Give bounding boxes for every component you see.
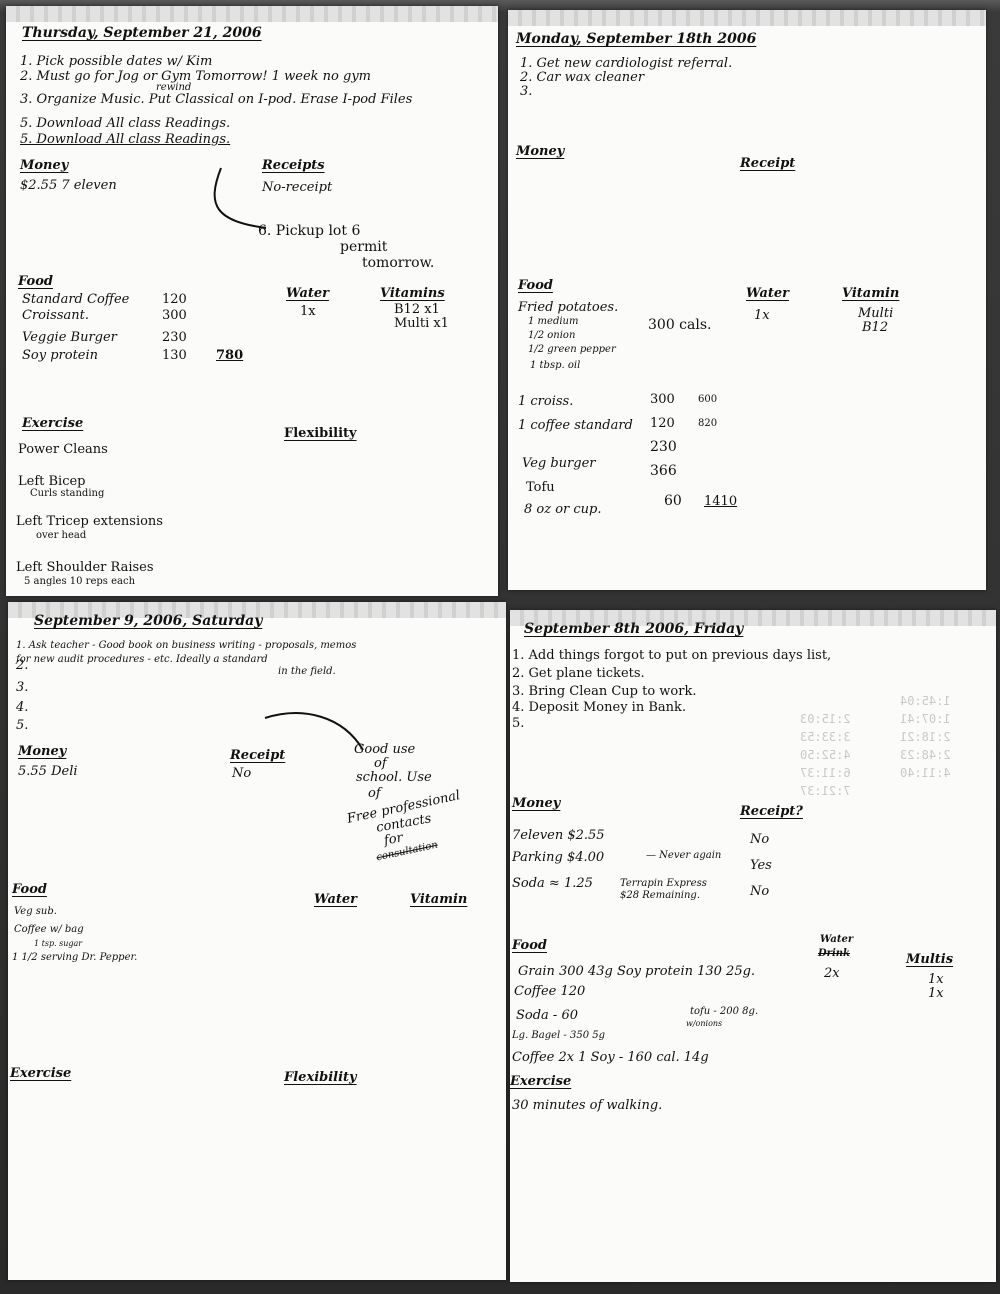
page-title: September 9, 2006, Saturday [34, 614, 262, 629]
food-total: 1410 [704, 494, 737, 509]
food-item: Fried potatoes. [518, 300, 618, 315]
flexibility-header: Flexibility [284, 426, 357, 441]
exercise-header: Exercise [10, 1066, 71, 1081]
food-header: Food [518, 278, 553, 293]
exercise-detail: over head [36, 530, 86, 542]
money-entry: 7eleven $2.55 [512, 828, 605, 843]
vitamin-entry: B12 [862, 320, 888, 335]
exercise-item: Left Shoulder Raises [16, 560, 154, 575]
todo-item: 5. Download All class Readings. [20, 116, 230, 131]
water-value: 2x [824, 966, 840, 981]
water-header: Water [820, 934, 853, 946]
todo-item: 3. Organize Music. Put Classical on I-po… [20, 92, 412, 107]
todo-item: 5. [512, 716, 524, 731]
food-detail: 1 tsp. sugar [34, 938, 82, 950]
page-title: September 8th 2006, Friday [524, 622, 743, 637]
todo-item: 2. Get plane tickets. [512, 666, 645, 681]
exercise-item: Left Tricep extensions [16, 514, 163, 529]
bleed-line: 4:11:40 [900, 764, 951, 782]
food-cal: 300 [162, 308, 187, 323]
journal-page-saturday: September 9, 2006, Saturday 1. Ask teach… [8, 602, 506, 1280]
money-header: Money [516, 144, 564, 159]
water-value: 1x [754, 308, 770, 323]
multi-entry: 1x [928, 972, 944, 987]
journal-page-monday: Monday, September 18th 2006 1. Get new c… [508, 10, 986, 590]
bleed-line: 2:15:03 [800, 710, 851, 728]
todo-item: 1. Ask teacher - Good book on business w… [16, 640, 356, 652]
page-title: Thursday, September 21, 2006 [22, 26, 262, 41]
money-note: — Never again [646, 850, 721, 862]
exercise-header: Exercise [510, 1074, 571, 1089]
food-cal: 230 [650, 440, 677, 455]
bleed-through-text: 1:45:04 1:07:41 2:18:21 2:48:23 4:11:40 [900, 692, 951, 782]
food-cal: 60 [664, 494, 682, 509]
food-item: Veg sub. [14, 906, 57, 918]
money-entry: $2.55 7 eleven [20, 178, 117, 193]
food-header: Food [12, 882, 47, 897]
food-total: 780 [216, 348, 243, 363]
food-item: Lg. Bagel - 350 5g [512, 1030, 605, 1042]
todo-item: 2. [16, 658, 28, 673]
note-line: school. Use [356, 770, 432, 785]
multi-header: Multis [906, 952, 953, 967]
journal-page-friday: 2:15:03 3:33:53 4:52:50 6:11:37 7:21:37 … [510, 610, 996, 1282]
food-item: Veggie Burger [22, 330, 117, 345]
exercise-header: Exercise [22, 416, 83, 431]
todo-item: 3. [16, 680, 28, 695]
receipt-entry: Yes [750, 858, 772, 873]
todo-item: 4. [16, 700, 28, 715]
journal-page-thursday: Thursday, September 21, 2006 1. Pick pos… [6, 6, 498, 596]
food-item: 1 1/2 serving Dr. Pepper. [12, 952, 137, 964]
todo-item: 2. Car wax cleaner [520, 70, 644, 85]
todo-item: 2. Must go for Jog or Gym Tomorrow! 1 we… [20, 69, 371, 84]
todo-item: 3. [520, 84, 532, 99]
money-header: Money [512, 796, 560, 811]
todo-item: 1. Add things forgot to put on previous … [512, 648, 831, 663]
exercise-item: Power Cleans [18, 442, 108, 457]
water-value: 1x [300, 304, 316, 319]
food-item: 1 croiss. [518, 394, 573, 409]
bleed-line: 1:45:04 [900, 692, 951, 710]
receipt-entry: No [750, 884, 769, 899]
money-header: Money [18, 744, 66, 759]
exercise-detail: Curls standing [30, 488, 104, 500]
money-entry: Soda ≈ 1.25 [512, 876, 593, 891]
multi-entry: 1x [928, 986, 944, 1001]
food-item: Coffee 2x 1 Soy - 160 cal. 14g [512, 1050, 709, 1065]
bleed-line: 1:07:41 [900, 710, 951, 728]
bleed-line: 2:48:23 [900, 746, 951, 764]
bleed-line: 3:33:53 [800, 728, 851, 746]
note-line: of [374, 756, 387, 771]
note-line: of [368, 786, 381, 801]
note-line: Good use [354, 742, 415, 757]
money-note: Terrapin Express $28 Remaining. [620, 878, 720, 902]
food-item: Tofu [526, 480, 555, 495]
bleed-line: 6:11:37 [800, 764, 851, 782]
receipt-header: Receipt? [740, 804, 803, 819]
receipt-header: Receipt [740, 156, 795, 171]
vitamin-header: Vitamin [842, 286, 899, 301]
todo-item: in the field. [278, 666, 336, 678]
exercise-item: 30 minutes of walking. [512, 1098, 662, 1113]
running-total: 820 [698, 418, 717, 430]
money-header: Money [20, 158, 68, 173]
food-item: Veg burger [522, 456, 595, 471]
todo-item: 5. [16, 718, 28, 733]
todo-item: 4. Deposit Money in Bank. [512, 700, 686, 715]
food-cal: 366 [650, 464, 677, 479]
water-header: Water [286, 286, 329, 301]
money-entry: 5.55 Deli [18, 764, 78, 779]
bleed-through-text: 2:15:03 3:33:53 4:52:50 6:11:37 7:21:37 [800, 710, 851, 800]
flexibility-header: Flexibility [284, 1070, 357, 1085]
page-title: Monday, September 18th 2006 [516, 32, 756, 47]
food-cal: 230 [162, 330, 187, 345]
water-struck: Drink [818, 948, 850, 960]
todo-item-6: 6. Pickup lot 6 [258, 224, 360, 239]
food-item: Soda - 60 [516, 1008, 578, 1023]
food-note: w/onions [686, 1018, 722, 1030]
bleed-line: 4:52:50 [800, 746, 851, 764]
exercise-detail: 5 angles 10 reps each [24, 576, 135, 588]
food-detail: 1 tbsp. oil [530, 360, 580, 372]
bleed-line: 2:18:21 [900, 728, 951, 746]
vitamin-entry: Multi x1 [394, 316, 449, 331]
todo-item-6-line3: tomorrow. [362, 256, 434, 271]
exercise-item: Left Bicep [18, 474, 86, 489]
water-header: Water [314, 892, 357, 907]
food-item: 1 coffee standard [518, 418, 633, 433]
water-header: Water [746, 286, 789, 301]
food-cal: 300 [650, 392, 675, 407]
receipt-header: Receipt [230, 748, 285, 763]
receipt-entry: No [232, 766, 251, 781]
food-item: 8 oz or cup. [524, 502, 602, 517]
todo-item-6-line2: permit [340, 240, 387, 255]
food-item: Croissant. [22, 308, 89, 323]
note-line: for [383, 830, 404, 848]
running-total: 600 [698, 394, 717, 406]
vitamin-header: Vitamin [410, 892, 467, 907]
food-cal: 300 cals. [648, 318, 711, 333]
food-item: Grain 300 43g Soy protein 130 25g. [518, 964, 755, 979]
vitamin-entry: Multi [858, 306, 893, 321]
todo-item: 3. Bring Clean Cup to work. [512, 684, 696, 699]
food-detail: 1/2 onion [528, 330, 575, 342]
todo-item: 5. Download All class Readings. [20, 132, 230, 147]
bleed-line: 7:21:37 [800, 782, 851, 800]
vitamin-header: Vitamins [380, 286, 445, 301]
food-item: Coffee w/ bag [14, 924, 84, 936]
todo-item: 1. Pick possible dates w/ Kim [20, 54, 212, 69]
food-cal: 130 [162, 348, 187, 363]
food-detail: 1 medium [528, 316, 578, 328]
money-entry: Parking $4.00 [512, 850, 604, 865]
food-detail: 1/2 green pepper [528, 344, 616, 356]
todo-item: 1. Get new cardiologist referral. [520, 56, 732, 71]
food-header: Food [512, 938, 547, 953]
todo-item: for new audit procedures - etc. Ideally … [16, 654, 268, 666]
food-note: tofu - 200 8g. [690, 1006, 758, 1018]
food-cal: 120 [650, 416, 675, 431]
food-header: Food [18, 274, 53, 289]
food-cal: 120 [162, 292, 187, 307]
food-item: Coffee 120 [514, 984, 585, 999]
food-item: Standard Coffee [22, 292, 129, 307]
food-item: Soy protein [22, 348, 98, 363]
vitamin-entry: B12 x1 [394, 302, 440, 317]
receipt-entry: No [750, 832, 769, 847]
